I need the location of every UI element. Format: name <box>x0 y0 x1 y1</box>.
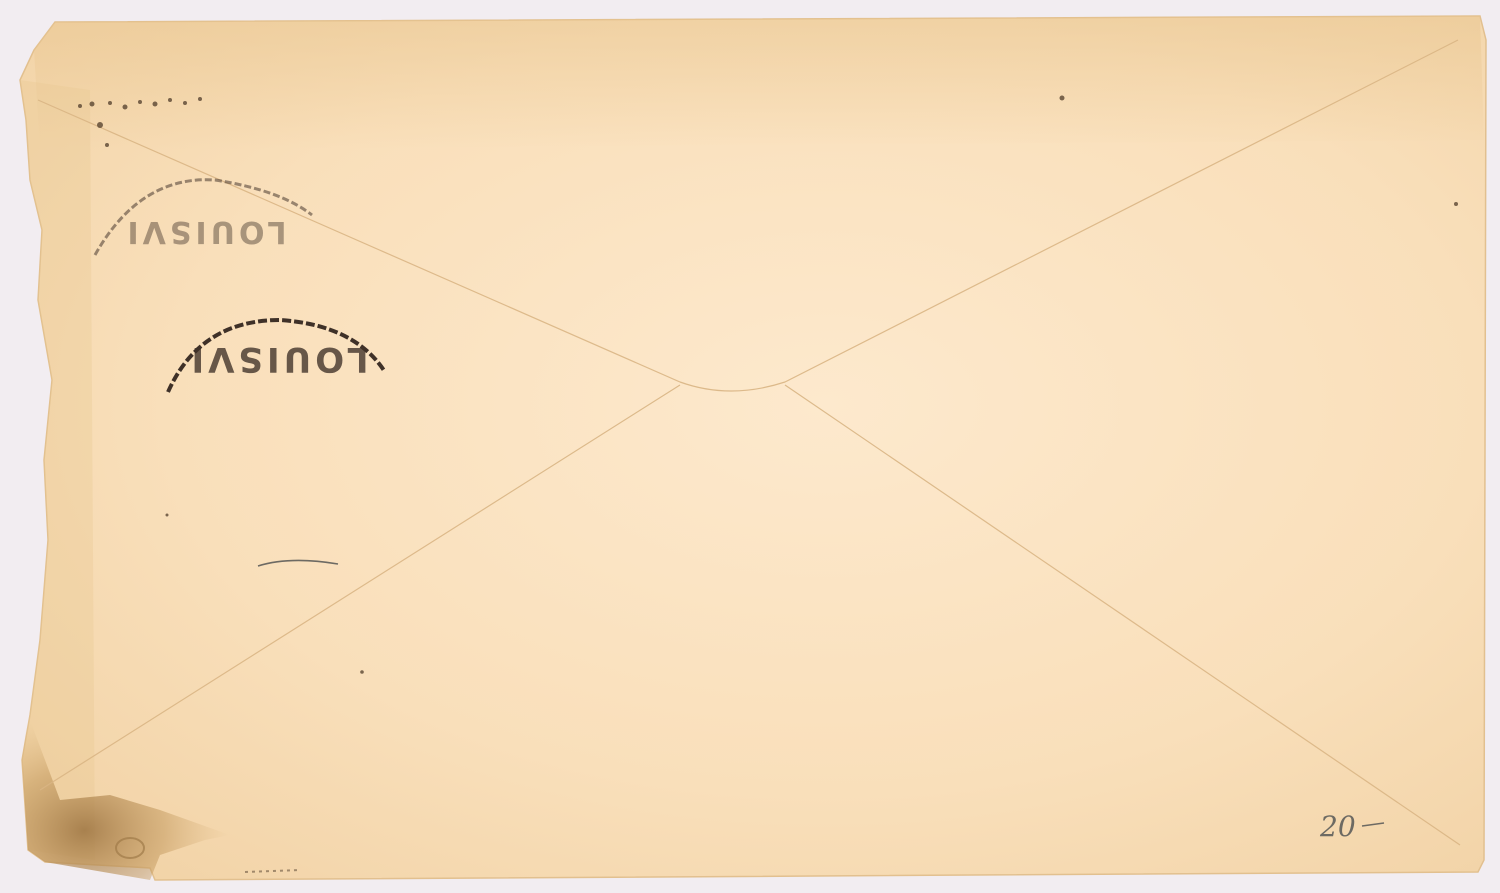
middle-postmark-text: LOUISVI <box>187 339 368 379</box>
pencil-note: 20 <box>1319 810 1356 843</box>
envelope-back: LOUISVI LOUISVI 20 <box>0 0 1500 893</box>
upper-postmark-text: LOUISVI <box>123 214 286 249</box>
envelope-illustration: LOUISVI LOUISVI 20 <box>0 0 1500 893</box>
